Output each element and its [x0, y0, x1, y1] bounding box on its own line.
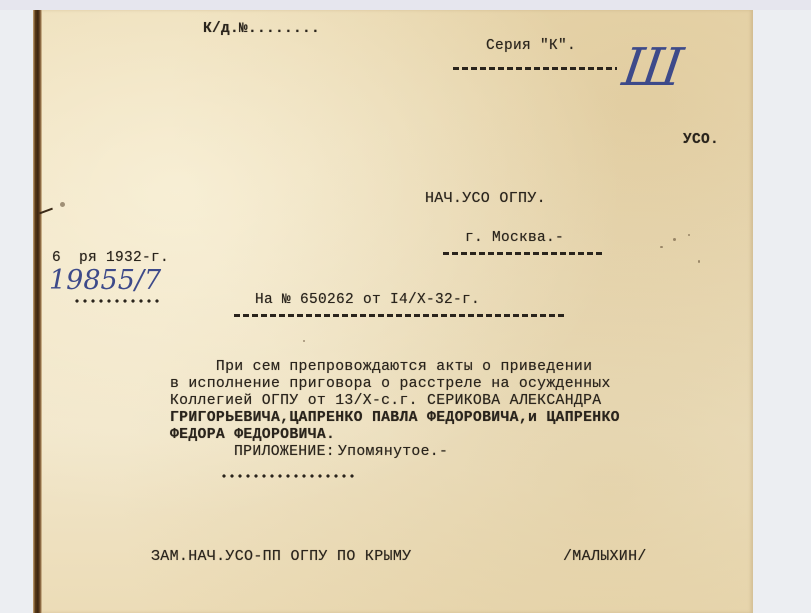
city-underline	[443, 252, 605, 255]
signature-name: /МАЛЫХИН/	[563, 548, 647, 565]
signature-title: ЗАМ.НАЧ.УСО-ПП ОГПУ ПО КРЫМУ	[151, 548, 411, 565]
viewer-top-bar	[0, 0, 811, 10]
paper-speck	[673, 238, 676, 241]
series-label: Серия "К".	[486, 38, 576, 54]
page-binding-edge	[33, 10, 42, 613]
paper-speck	[698, 260, 700, 263]
reference-underline	[234, 314, 566, 317]
city: г. Москва.-	[465, 230, 564, 246]
paper-speck	[660, 246, 663, 248]
body-line-3: Коллегией ОГПУ от 13/Х-с.г. СЕРИКОВА АЛЕ…	[170, 393, 601, 410]
file-number: К/д.№........	[203, 21, 320, 37]
typed-date: 6 ря 1932-г.	[52, 250, 169, 266]
series-underline	[453, 67, 617, 70]
attachment-value: Упомянутое.-	[338, 444, 448, 461]
handwritten-registration-number: 19855/7	[49, 266, 161, 296]
handwritten-initial: Ш	[619, 38, 687, 98]
document-page: К/д.№........ Серия "К". Ш УСО. НАЧ.УСО …	[33, 10, 753, 613]
paper-speck	[688, 234, 690, 236]
addressee: НАЧ.УСО ОГПУ.	[425, 190, 546, 207]
body-line-5: ФЕДОРА ФЕДОРОВИЧА.	[170, 427, 335, 444]
body-line-4: ГРИГОРЬЕВИЧА,ЦАПРЕНКО ПАВЛА ФЕДОРОВИЧА,и…	[170, 410, 620, 427]
body-line-2: в исполнение приговора о расстреле на ос…	[170, 376, 611, 393]
attachment-label: ПРИЛОЖЕНИЕ:	[234, 444, 335, 461]
reference-line: На № 650262 от I4/Х-32-г.	[255, 292, 480, 308]
paper-speck	[60, 202, 65, 207]
attachment-underline	[220, 474, 356, 478]
paper-speck	[303, 340, 305, 342]
body-line-1: При сем препровождаются акты о приведени…	[170, 359, 592, 376]
department-short: УСО.	[683, 132, 719, 148]
registration-dotted-line	[73, 299, 161, 303]
